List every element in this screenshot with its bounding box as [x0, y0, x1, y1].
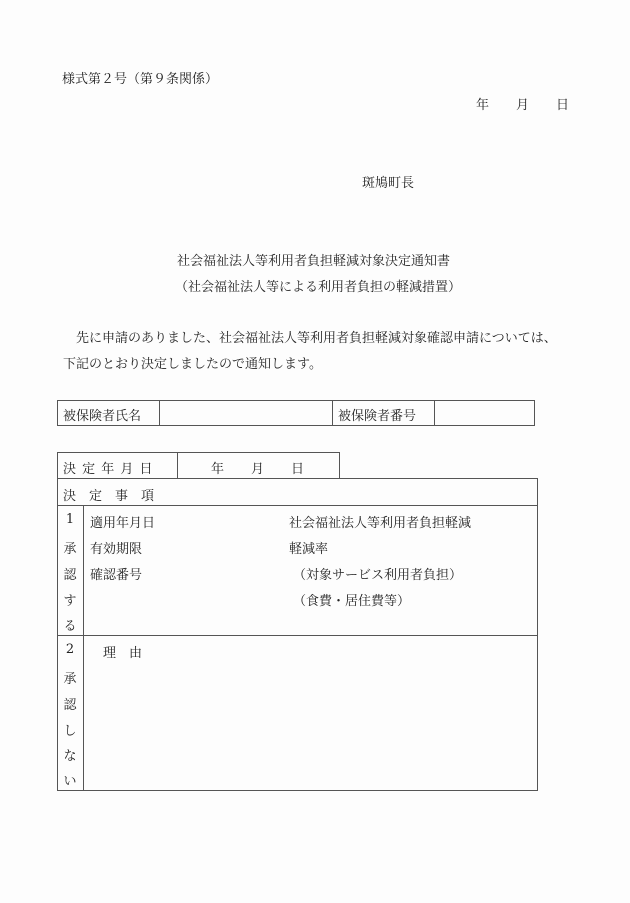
- reject-side-char: い: [57, 770, 83, 789]
- food-housing-label: （食費・居住費等）: [293, 590, 410, 609]
- insured-name-field[interactable]: [162, 403, 330, 423]
- insured-name-label: 被保険者氏名: [63, 405, 141, 424]
- valid-period-label: 有効期限: [90, 538, 142, 557]
- insured-number-field[interactable]: [437, 403, 532, 423]
- reject-side-char: 承: [57, 668, 83, 687]
- decision-matters-label: 決 定 事 項: [63, 485, 154, 504]
- date-month-label: 月: [516, 94, 529, 113]
- decision-date-day: 日: [291, 458, 304, 477]
- apply-date-label: 適用年月日: [90, 512, 155, 531]
- approve-side-char: す: [57, 590, 83, 609]
- reject-side-char: 2: [57, 642, 83, 657]
- service-burden-label: （対象サービス利用者負担）: [293, 564, 462, 583]
- confirm-number-label: 確認番号: [90, 564, 142, 583]
- document-subtitle: （社会福祉法人等による利用者負担の軽減措置）: [175, 276, 461, 295]
- date-year-label: 年: [476, 94, 489, 113]
- approve-side-char: 1: [57, 512, 83, 527]
- date-day-label: 日: [556, 94, 569, 113]
- body-line-2: 下記のとおり決定しましたので通知します。: [63, 353, 322, 372]
- approve-side-char: 認: [57, 564, 83, 583]
- reject-side-char: 認: [57, 694, 83, 713]
- document-title: 社会福祉法人等利用者負担軽減対象決定通知書: [177, 250, 450, 269]
- approve-side-char: 承: [57, 538, 83, 557]
- decision-date-label: 決 定 年 月 日: [63, 458, 154, 477]
- reason-label: 理 由: [103, 642, 142, 661]
- reduction-rate-label: 軽減率: [289, 538, 328, 557]
- form-number: 様式第２号（第９条関係）: [62, 68, 218, 87]
- body-line-1: 先に申請のありました、社会福祉法人等利用者負担軽減対象確認申請については、: [76, 327, 557, 346]
- reject-side-char: な: [57, 745, 83, 764]
- decision-date-year: 年: [211, 458, 224, 477]
- sender-name: 斑鳩町長: [362, 172, 414, 191]
- reduction-heading: 社会福祉法人等利用者負担軽減: [289, 512, 471, 531]
- reject-side-char: し: [57, 720, 83, 739]
- approve-side-char: る: [57, 615, 83, 634]
- decision-date-month: 月: [251, 458, 264, 477]
- insured-number-label: 被保険者番号: [338, 405, 416, 424]
